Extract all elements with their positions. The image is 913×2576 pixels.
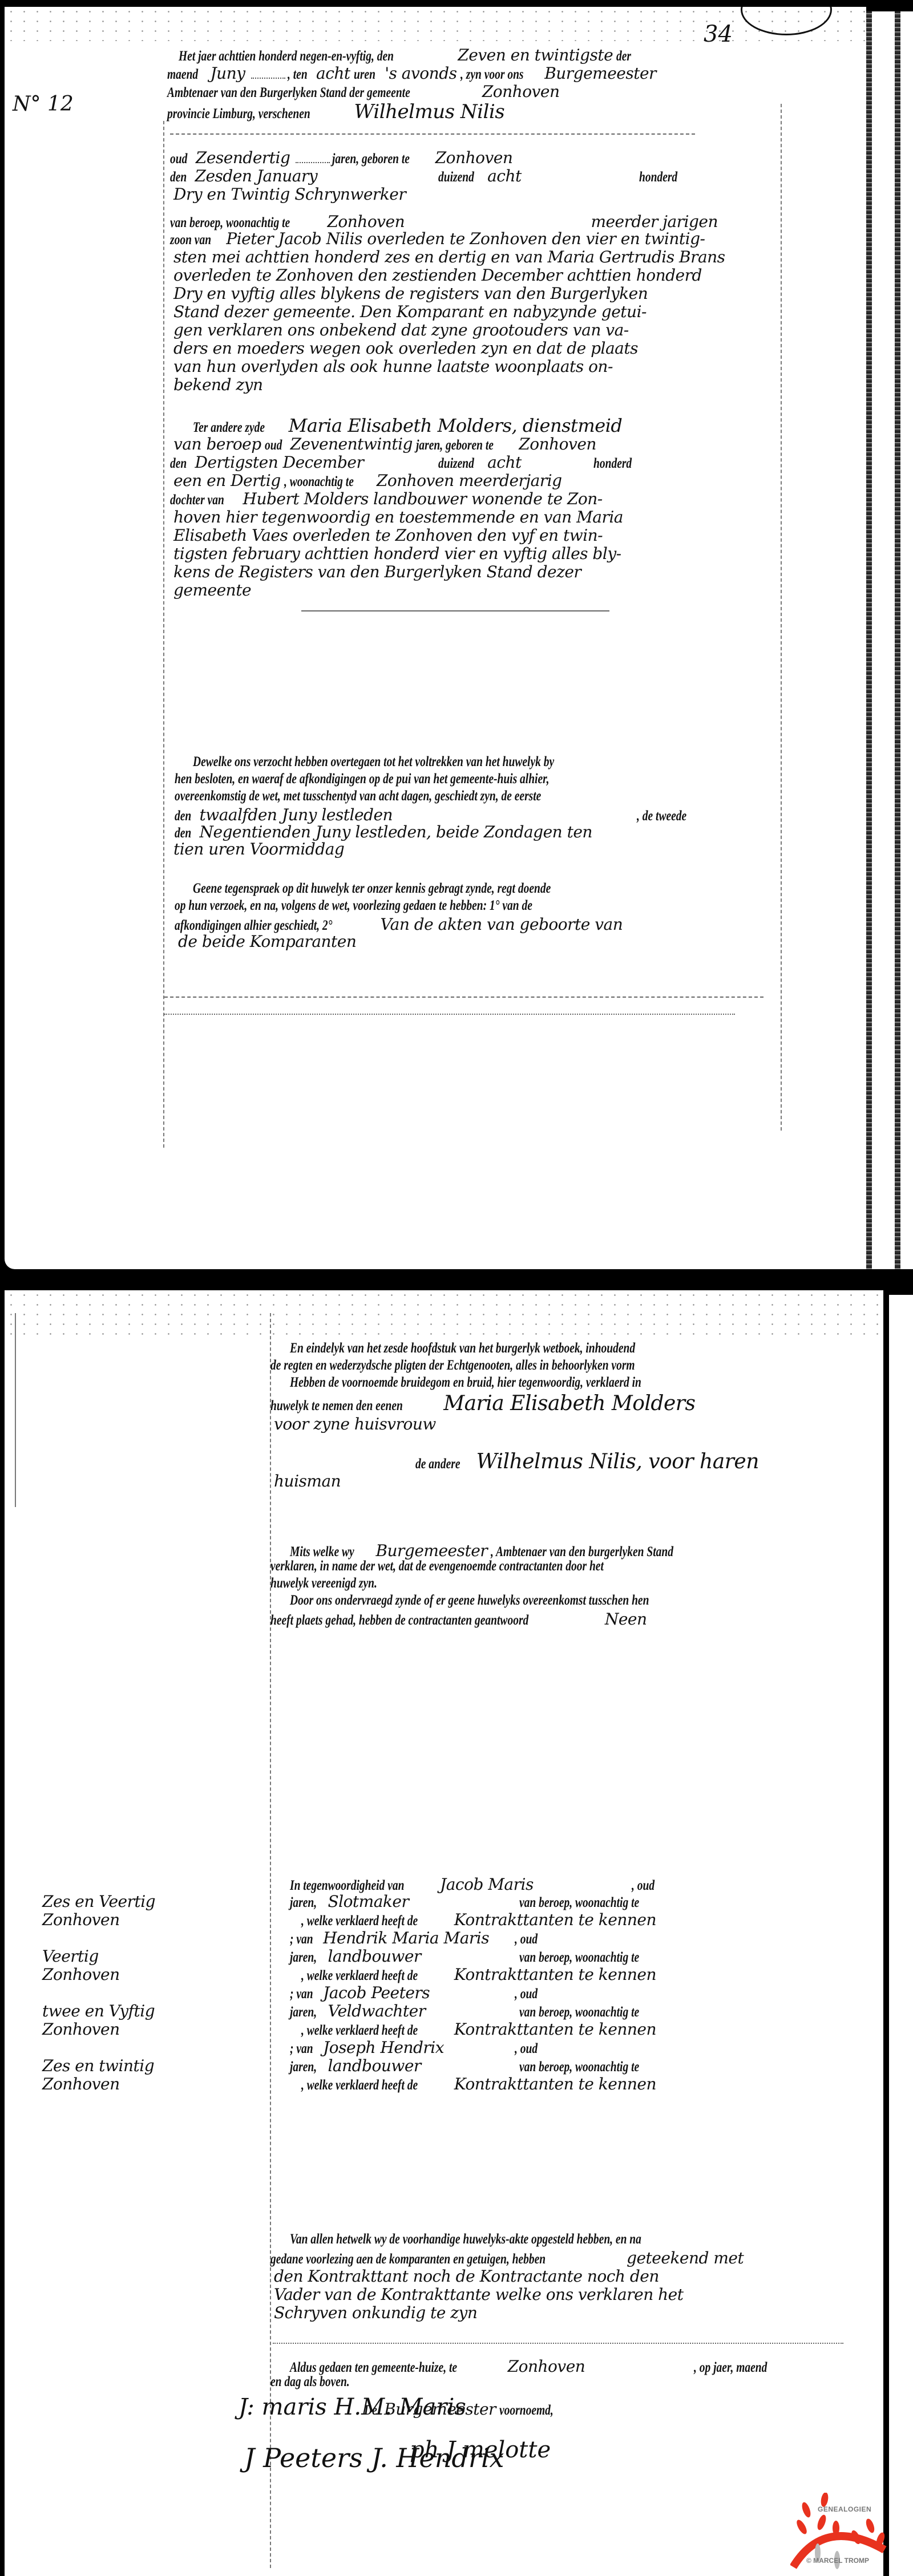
text-line: overeenkomstig de wet, met tusschentyd v…	[175, 788, 645, 804]
text-line: den twaalfden Juny lestleden , de tweede	[175, 805, 774, 824]
text-line: een en Dertig , woonachtig te Zonhoven m…	[170, 471, 565, 490]
witness-residence: Zonhoven	[39, 1910, 123, 1929]
text-line: tien uren Voormiddag	[170, 840, 348, 858]
text-line: Ambtenaer van den Burgerlyken Stand der …	[167, 82, 563, 101]
witness-statement-line: , welke verklaerd heeft deKontrakttanten…	[301, 1910, 660, 1929]
witness-age: Veertig	[39, 1947, 102, 1966]
witness-residence: Zonhoven	[39, 1965, 123, 1984]
text-line: oud Zesendertig jaren, geboren te Zonhov…	[170, 148, 516, 167]
text-line: voor zyne huisvrouw	[270, 1415, 439, 1433]
text-line: Schryven onkundig te zyn	[270, 2303, 480, 2322]
page-speckle	[5, 1290, 883, 1342]
text-line: kens de Registers van den Burgerlyken St…	[170, 562, 584, 581]
groom-name: Wilhelmus Nilis	[354, 100, 505, 123]
text-line: den Kontrakttant noch de Kontractante no…	[270, 2267, 662, 2286]
page-speckle	[5, 7, 866, 41]
witness-profession-line: jaren,Slotmakervan beroep, woonachtig te	[290, 1892, 673, 1911]
witness-intro: In tegenwoordigheid van Jacob Maris , ou…	[290, 1875, 661, 1894]
witness-name-line: ; vanJoseph Hendrix, oud	[290, 2038, 544, 2057]
text-line: den Zesden January duizend acht honderd	[170, 167, 775, 185]
text-line: van beroep, woonachtig te Zonhoven meerd…	[170, 212, 786, 231]
text-line: Aldus gedaen ten gemeente-huize, te Zonh…	[290, 2357, 787, 2376]
witness-statement-line: , welke verklaerd heeft deKontrakttanten…	[301, 2020, 660, 2039]
text-line: maend Juny , ten acht uren 's avonds , z…	[167, 64, 660, 83]
text-line: verklaren, in name der wet, dat de eveng…	[270, 1558, 698, 1574]
witness-statement-line: , welke verklaerd heeft deKontrakttanten…	[301, 1965, 660, 1984]
genealogien-watermark: GENEALOGIEN © MARCEL TROMP	[790, 2493, 887, 2573]
text-line: Dry en Twintig Schrynwerker	[170, 185, 409, 204]
text-line: van beroep oud Zevenentwintig jaren, geb…	[170, 435, 600, 453]
text-line: Elisabeth Vaes overleden te Zonhoven den…	[170, 526, 606, 545]
text-line: tigsten february achttien honderd vier e…	[170, 544, 625, 563]
text-line: afkondigingen alhier geschiedt, 2° Van d…	[175, 915, 626, 934]
witness-age: twee en Vyftig	[39, 2002, 158, 2020]
witness-profession-line: jaren,landbouwervan beroep, woonachtig t…	[290, 2056, 673, 2075]
margin-rule	[163, 121, 164, 1148]
text-line: Het jaer achttien honderd negen-en-vyfti…	[179, 46, 636, 64]
margin-rule	[15, 1313, 16, 1507]
text-line: hoven hier tegenwoordig en toestemmende …	[170, 508, 627, 526]
watermark-title: GENEALOGIEN	[818, 2505, 871, 2513]
signature-melotte: ph J melotte	[410, 2437, 551, 2463]
folio-number: 34	[704, 21, 733, 47]
text-line: de andere Wilhelmus Nilis, voor haren	[415, 1450, 762, 1473]
text-line: Geene tegenspraek op dit huwelyk ter onz…	[193, 881, 652, 897]
register-page-1: N° 12 34 Het jaer achttien honderd negen…	[5, 7, 866, 1269]
act-number: N° 12	[13, 92, 74, 116]
text-line: huisman	[270, 1472, 344, 1490]
text-line: den Negentienden Juny lestleden, beide Z…	[175, 823, 596, 841]
text-line: Door ons ondervraegd zynde of er geene h…	[290, 1593, 750, 1609]
text-line: huwelyk vereenigd zyn.	[270, 1575, 407, 1591]
text-line: Vader van de Kontrakttante welke ons ver…	[270, 2285, 687, 2304]
right-margin-rule	[781, 104, 782, 1131]
text-line: de regten en wederzydsche pligten der Ec…	[270, 1358, 738, 1374]
page-1-edge	[866, 11, 913, 1269]
text-line: van hun overlyden als ook hunne laatste …	[170, 357, 616, 376]
burgemeester-line: De Burgemeester voornoemd,	[364, 2400, 568, 2419]
text-line: Dry en vyftig alles blykens de registers…	[170, 284, 651, 303]
page-2-edge	[889, 1295, 913, 2576]
text-line: de beide Komparanten	[175, 932, 359, 951]
witness-age: Zes en twintig	[39, 2056, 157, 2075]
text-line: en dag als boven.	[270, 2374, 372, 2390]
groom-name-line: provincie Limburg, verschenen Wilhelmus …	[167, 100, 508, 123]
text-line: Hebben de voornoemde bruidegom en bruid,…	[290, 1375, 741, 1391]
text-line: huwelyk te nemen den eenen Maria Elisabe…	[270, 1392, 698, 1415]
text-line: gen verklaren ons onbekend dat zyne groo…	[170, 321, 632, 339]
text-line: Mits welke wy Burgemeester , Ambtenaer v…	[290, 1541, 725, 1560]
text-line: heeft plaets gehad, hebben de contractan…	[270, 1610, 651, 1629]
text-line: dochter van Hubert Molders landbouwer wo…	[170, 489, 606, 508]
witness-profession-line: jaren,landbouwervan beroep, woonachtig t…	[290, 1947, 673, 1966]
watermark-copyright: © MARCEL TROMP	[806, 2557, 869, 2565]
text-line: En eindelyk van het zesde hoofdstuk van …	[290, 1340, 733, 1356]
bride-name-line: Ter andere zyde Maria Elisabeth Molders,…	[193, 415, 625, 436]
register-page-2: En eindelyk van het zesde hoofdstuk van …	[5, 1290, 883, 2576]
witness-age: Zes en Veertig	[39, 1892, 159, 1911]
text-line: ders en moeders wegen ook overleden zyn …	[170, 339, 641, 358]
witness-residence: Zonhoven	[39, 2020, 123, 2039]
text-line: gedane voorlezing aen de komparanten en …	[270, 2249, 747, 2267]
text-line: Stand dezer gemeente. Den Komparant en n…	[170, 302, 650, 321]
text-line: den Dertigsten December duizend acht hon…	[170, 453, 643, 472]
witness-name-line: ; vanJacob Peeters, oud	[290, 1983, 544, 2002]
witness-residence: Zonhoven	[39, 2075, 123, 2093]
text-line: overleden te Zonhoven den zestienden Dec…	[170, 266, 705, 285]
witness-name-line: ; vanHendrik Maria Maris, oud	[290, 1929, 544, 1947]
text-line: op hun verzoek, en na, volgens de wet, v…	[175, 898, 633, 914]
bride-name: Maria Elisabeth Molders, dienstmeid	[289, 415, 623, 436]
text-line: gemeente	[170, 581, 254, 600]
witness-profession-line: jaren,Veldwachtervan beroep, woonachtig …	[290, 2002, 673, 2020]
text-line: hen besloten, en waeraf de afkondigingen…	[175, 771, 655, 787]
text-line: Dewelke ons verzocht hebben overtegaen t…	[193, 754, 656, 770]
text-line: bekend zyn	[170, 375, 266, 394]
text-line: sten mei achttien honderd zes en dertig …	[170, 248, 729, 266]
text-line: Van allen hetwelk wy de voorhandige huwe…	[290, 2231, 741, 2247]
witness-statement-line: , welke verklaerd heeft deKontrakttanten…	[301, 2075, 660, 2093]
text-line: zoon van Pieter Jacob Nilis overleden te…	[170, 229, 709, 248]
